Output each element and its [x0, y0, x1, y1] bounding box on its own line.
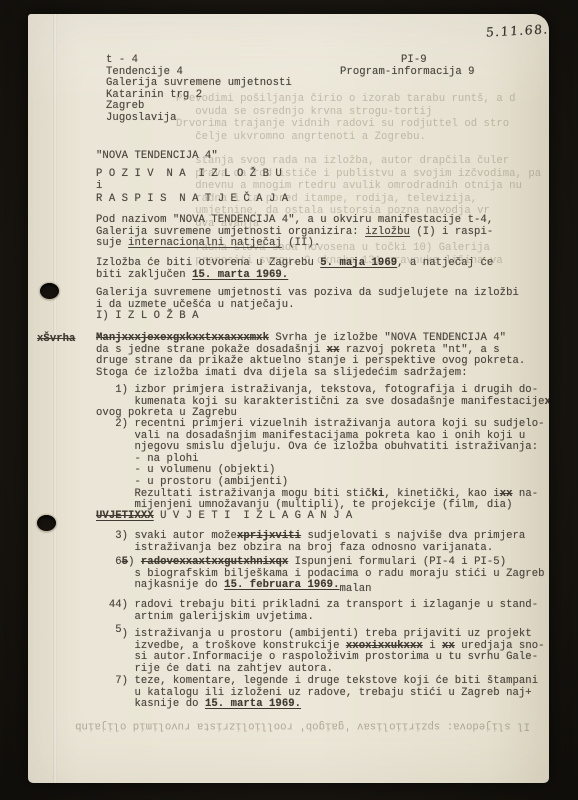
punch-hole-top [40, 283, 59, 299]
section-heading-uvjeti: UVJETIXXX U V J E T I I Z L A G A N J A [96, 511, 352, 523]
punch-hole-bottom [37, 515, 56, 531]
document-reference-block: PI-9Program-informacija 9 [340, 55, 475, 78]
document-title: "NOVA TENDENCIJA 4"P O Z I V N A I Z L O… [96, 151, 288, 206]
verso-bleed-line: Il slijedova: spziriiolisav 'gaigob' roo… [90, 719, 530, 731]
intro-paragraph: Pod nazivom "NOVA TENDENCIJA 4", a u okv… [96, 215, 493, 250]
list-item-6: 65) radovexxaxtxxgutxhnixqx Ispunjeni fo… [96, 557, 545, 592]
list-item-1: 1) izbor primjera istraživanja, tekstova… [96, 385, 549, 420]
margin-correction-note: xŠvrha [37, 334, 75, 346]
list-item-7: 7) teze, komentare, legende i druge teks… [96, 676, 538, 711]
list-item-2: 2) recentni primjeri vizuelnih istraživa… [96, 419, 545, 512]
section-heading-izlozba: I) I Z L O Ž B A [96, 311, 199, 323]
purpose-paragraph: Manjxxxjexexgxkxxtxxaxxxmxk Svrha je izl… [96, 333, 525, 379]
dates-paragraph: Izložba će biti otvorena u Zagrebu 5. ma… [96, 258, 493, 281]
list-item-3: 3) svaki autor možexprijxviti sudjelovat… [96, 531, 525, 554]
list-item-4: 44) radovi trebaju biti prikladni za tra… [96, 600, 538, 623]
handwritten-date: 5.11.68. [486, 21, 549, 39]
sender-address-block: t - 4Tendencije 4Galerija suvremene umje… [106, 55, 292, 125]
invitation-paragraph: Galerija suvremene umjetnosti vas poziva… [96, 288, 519, 311]
document-page: 5.11.68. Prevodimi pošiljanja čirio o iz… [28, 14, 549, 783]
list-item-5: 5) istraživanja u prostoru (ambijenti) t… [96, 629, 545, 675]
paper-crease [53, 14, 57, 783]
